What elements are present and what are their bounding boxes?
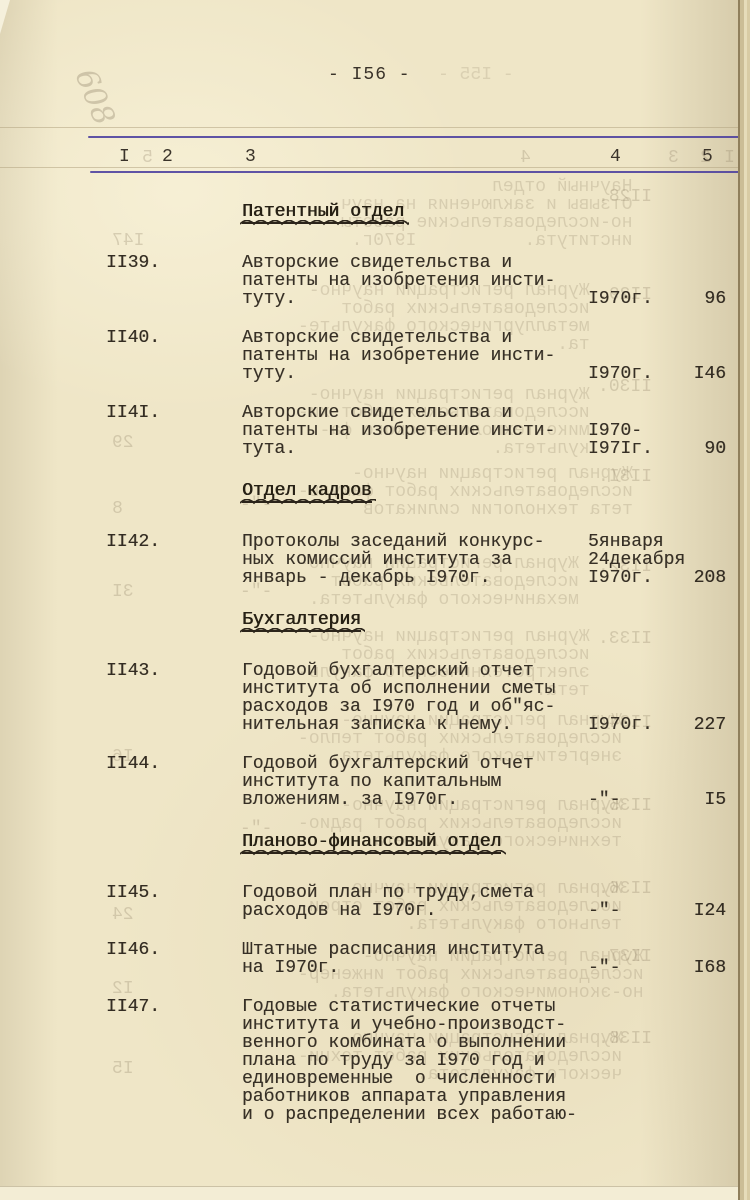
entry-pages: I24 bbox=[686, 884, 726, 920]
entry-title-line: Протоколы заседаний конкурс- bbox=[242, 533, 588, 551]
entry-row: II42.Протоколы заседаний конкурс-ных ком… bbox=[106, 533, 728, 587]
entry-title: Протоколы заседаний конкурс-ных комиссий… bbox=[242, 533, 588, 587]
section-heading-text: Патентный отдел bbox=[242, 203, 404, 224]
entry-title-line: вложениям. за I970г. bbox=[242, 791, 588, 809]
entry-title-line: единовременные о численности bbox=[242, 1070, 588, 1088]
entry-date-line: I970- bbox=[588, 422, 686, 440]
entry-title-line: патенты на изобретение инсти- bbox=[242, 347, 588, 365]
entry-dates: I970-I97Iг. bbox=[588, 404, 686, 458]
pencil-guide-line-top bbox=[0, 127, 750, 128]
entry-row: II47.Годовые статистические отчетыинстит… bbox=[106, 998, 728, 1124]
entry-row: II40.Авторские свидетельства ипатенты на… bbox=[106, 329, 728, 383]
section-heading-text: Бухгалтерия bbox=[242, 611, 361, 632]
entry-date-line: I970г. bbox=[588, 290, 686, 308]
inventory-entries: Патентный отделII39.Авторские свидетельс… bbox=[106, 203, 728, 1124]
page-corner-sliver bbox=[0, 0, 10, 34]
entry-number: II39. bbox=[106, 254, 242, 308]
column-digit: 2 bbox=[162, 148, 173, 166]
section-heading: Планово-финансовый отдел bbox=[242, 833, 728, 863]
entry-number: II44. bbox=[106, 755, 242, 809]
entry-date-line: I970г. bbox=[588, 569, 686, 587]
wavy-underline bbox=[240, 499, 376, 507]
entry-title-line: расходов на I970г. bbox=[242, 902, 588, 920]
entry-date-line: -"- bbox=[588, 902, 686, 920]
scanned-archive-page: - I56 - 608 I2345 5432IНаучный отделОтзы… bbox=[0, 0, 750, 1200]
page-number: - I56 - bbox=[328, 66, 411, 84]
bleedthrough-line: Научный отдел bbox=[330, 178, 632, 196]
entry-title-line: Авторские свидетельства и bbox=[242, 254, 588, 272]
bleedthrough-column-digit: 4 bbox=[520, 149, 531, 167]
entry-title: Авторские свидетельства ипатенты на изоб… bbox=[242, 254, 588, 308]
entry-pages: I68 bbox=[686, 941, 726, 977]
pencil-guide-line-bottom bbox=[0, 167, 750, 168]
entry-date-line: I970г. bbox=[588, 365, 686, 383]
entry-title-line: Годовой бухгалтерский отчет bbox=[242, 662, 588, 680]
entry-pages: I46 bbox=[686, 329, 726, 383]
entry-pages: 208 bbox=[686, 533, 726, 587]
entry-title-line: Авторские свидетельства и bbox=[242, 329, 588, 347]
entry-number: II47. bbox=[106, 998, 242, 1124]
table-rule-top bbox=[88, 136, 742, 138]
section-heading-text: Отдел кадров bbox=[242, 482, 372, 503]
entry-title-line: туту. bbox=[242, 365, 588, 383]
entry-title: Штатные расписания институтана I970г. bbox=[242, 941, 588, 977]
entry-title: Годовой план по труду,сметарасходов на I… bbox=[242, 884, 588, 920]
pencil-annotation: 608 bbox=[68, 64, 122, 130]
entry-number: II4I. bbox=[106, 404, 242, 458]
entry-pages: 90 bbox=[686, 404, 726, 458]
column-digit: 5 bbox=[702, 148, 713, 166]
entry-title-line: венного комбината о выполнении bbox=[242, 1034, 588, 1052]
entry-title-line: института по капитальным bbox=[242, 773, 588, 791]
entry-title-line: Годовой бухгалтерский отчет bbox=[242, 755, 588, 773]
entry-title-line: патенты на изобретения инсти- bbox=[242, 272, 588, 290]
entry-number: II45. bbox=[106, 884, 242, 920]
section-heading-text: Планово-финансовый отдел bbox=[242, 833, 501, 854]
entry-title-line: плана по труду за I970 год и bbox=[242, 1052, 588, 1070]
entry-title-line: патенты на изобретение инсти- bbox=[242, 422, 588, 440]
entry-dates: I970г. bbox=[588, 329, 686, 383]
entry-title-line: нительная записка к нему. bbox=[242, 716, 588, 734]
entry-title-line: январь - декабрь I970г. bbox=[242, 569, 588, 587]
entry-number: II46. bbox=[106, 941, 242, 977]
entry-title-line: и о распределении всех работаю- bbox=[242, 1106, 588, 1124]
entry-title: Годовые статистические отчетыинститута и… bbox=[242, 998, 588, 1124]
entry-title-line: ных комиссий института за bbox=[242, 551, 588, 569]
entry-row: II39.Авторские свидетельства ипатенты на… bbox=[106, 254, 728, 308]
entry-dates: I970г. bbox=[588, 662, 686, 734]
entry-date-line: I970г. bbox=[588, 716, 686, 734]
entry-date-line: I97Iг. bbox=[588, 440, 686, 458]
entry-dates: -"- bbox=[588, 941, 686, 977]
entry-title-line: института и учебно-производст- bbox=[242, 1016, 588, 1034]
section-heading: Бухгалтерия bbox=[242, 611, 728, 641]
entry-dates: 5января24декабряI970г. bbox=[588, 533, 686, 587]
bleedthrough-column-digit: 3 bbox=[668, 149, 679, 167]
entry-title-line: расходов за I970 год и об"яс- bbox=[242, 698, 588, 716]
entry-row: II45.Годовой план по труду,сметарасходов… bbox=[106, 884, 728, 920]
entry-number: II43. bbox=[106, 662, 242, 734]
entry-date-line: -"- bbox=[588, 791, 686, 809]
entry-title-line: института об исполнении сметы bbox=[242, 680, 588, 698]
entry-number: II40. bbox=[106, 329, 242, 383]
entry-dates: -"- bbox=[588, 755, 686, 809]
entry-date-line: 5января bbox=[588, 533, 686, 551]
entry-date-line: 24декабря bbox=[588, 551, 686, 569]
wavy-underline bbox=[240, 220, 409, 228]
entry-row: II4I.Авторские свидетельства ипатенты на… bbox=[106, 404, 728, 458]
entry-title: Авторские свидетельства ипатенты на изоб… bbox=[242, 329, 588, 383]
bleedthrough-page-number: - I55 - bbox=[438, 66, 514, 84]
page-bottom-edge bbox=[0, 1186, 738, 1200]
entry-dates bbox=[588, 998, 686, 1124]
column-digit: 3 bbox=[245, 148, 256, 166]
wavy-underline bbox=[240, 628, 365, 636]
entry-number: II42. bbox=[106, 533, 242, 587]
page-right-edge bbox=[738, 0, 750, 1200]
entry-row: II46.Штатные расписания институтана I970… bbox=[106, 941, 728, 977]
entry-dates: I970г. bbox=[588, 254, 686, 308]
entry-dates: -"- bbox=[588, 884, 686, 920]
bleedthrough-column-digit: 5 bbox=[142, 149, 153, 167]
table-rule-bottom bbox=[90, 171, 742, 173]
entry-title-line: работников аппарата управления bbox=[242, 1088, 588, 1106]
entry-title-line: Авторские свидетельства и bbox=[242, 404, 588, 422]
entry-title: Авторские свидетельства ипатенты на изоб… bbox=[242, 404, 588, 458]
entry-title-line: Годовые статистические отчеты bbox=[242, 998, 588, 1016]
entry-row: II43.Годовой бухгалтерский отчетинститут… bbox=[106, 662, 728, 734]
entry-title-line: Штатные расписания института bbox=[242, 941, 588, 959]
entry-row: II44.Годовой бухгалтерский отчетинститут… bbox=[106, 755, 728, 809]
entry-pages: I5 bbox=[686, 755, 726, 809]
column-digit: 4 bbox=[610, 148, 621, 166]
wavy-underline bbox=[240, 850, 506, 858]
entry-title: Годовой бухгалтерский отчетинститута по … bbox=[242, 755, 588, 809]
entry-title-line: Годовой план по труду,смета bbox=[242, 884, 588, 902]
column-digit: I bbox=[119, 148, 130, 166]
entry-title-line: туту. bbox=[242, 290, 588, 308]
entry-pages bbox=[686, 998, 726, 1124]
entry-date-line: -"- bbox=[588, 959, 686, 977]
entry-pages: 227 bbox=[686, 662, 726, 734]
entry-pages: 96 bbox=[686, 254, 726, 308]
section-heading: Отдел кадров bbox=[242, 482, 728, 512]
entry-title: Годовой бухгалтерский отчетинститута об … bbox=[242, 662, 588, 734]
section-heading: Патентный отдел bbox=[242, 203, 728, 233]
bleedthrough-column-digit: I bbox=[724, 149, 735, 167]
entry-title-line: тута. bbox=[242, 440, 588, 458]
entry-title-line: на I970г. bbox=[242, 959, 588, 977]
